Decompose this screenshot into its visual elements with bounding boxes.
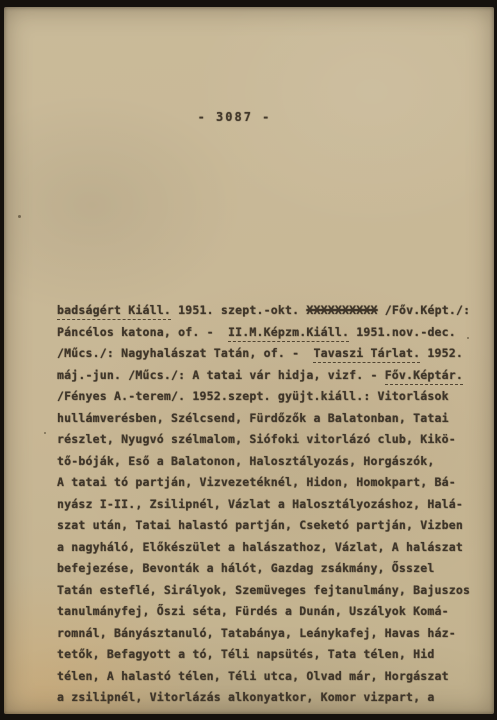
text-line: tetők, Befagyott a tó, Téli napsütés, Ta… [57,644,472,666]
text-segment: tetők, Befagyott a tó, Téli napsütés, Ta… [57,647,435,661]
text-line: tő-bóják, Eső a Balatonon, Halosztályozá… [57,451,472,473]
text-line: a nagyháló, Előkészület a halászathoz, V… [57,537,472,559]
text-line: /Műcs./: Nagyhalászat Tatán, of. - Tavas… [57,343,472,365]
text-segment: Páncélos katona, of. - [57,325,228,339]
scanned-page: - 3087 - badságért Kiáll. 1951. szept.-o… [0,0,497,720]
text-segment: A tatai tó partján, Vizvezetéknél, Hidon… [57,475,456,489]
text-segment: tő-bóják, Eső a Balatonon, Halosztályozá… [57,454,435,468]
text-line: tanulmányfej, Őszi séta, Fürdés a Dunán,… [57,601,472,623]
text-segment: hullámverésben, Szélcsend, Fürdőzők a Ba… [57,411,449,425]
text-segment: télen, A halastó télen, Téli utca, Olvad… [57,669,449,683]
text-segment: /Főv.Képt./: [378,303,471,317]
text-segment: 1951.nov.-dec. [349,325,456,339]
text-line: részlet, Nyugvó szélmalom, Siófoki vitor… [57,429,472,451]
underlined-text: Főv.Képtár. [385,368,463,385]
text-segment: nyász I-II., Zsilipnél, Vázlat a Haloszt… [57,497,463,511]
page-number: - 3087 - [0,110,483,124]
text-line: romnál, Bányásztanuló, Tatabánya, Leányk… [57,623,472,645]
text-segment: részlet, Nyugvó szélmalom, Siófoki vitor… [57,432,456,446]
text-block: badságért Kiáll. 1951. szept.-okt. XXXXX… [57,300,472,709]
text-segment: romnál, Bányásztanuló, Tatabánya, Leányk… [57,626,456,640]
text-line: Páncélos katona, of. - II.M.Képzm.Kiáll.… [57,322,472,344]
text-line: a zsilipnél, Vitorlázás alkonyatkor, Kom… [57,687,472,709]
paper-speck [44,432,46,434]
text-segment: befejezése, Bevonták a hálót, Gazdag zsá… [57,561,435,575]
text-segment: máj.-jun. /Műcs./: A tatai vár hidja, vi… [57,368,385,382]
text-segment: a zsilipnél, Vitorlázás alkonyatkor, Kom… [57,690,435,704]
paper-speck [18,215,21,218]
text-line: Tatán esteflé, Sirályok, Szemüveges fejt… [57,580,472,602]
text-line: A tatai tó partján, Vizvezetéknél, Hidon… [57,472,472,494]
text-segment: tanulmányfej, Őszi séta, Fürdés a Dunán,… [57,604,449,618]
text-segment: /Műcs./: Nagyhalászat Tatán, of. - [57,346,313,360]
text-segment: 1951. szept.-okt. [171,303,306,317]
text-segment: /Fényes A.-terem/. 1952.szept. gyüjt.kiá… [57,389,449,403]
text-line: télen, A halastó télen, Téli utca, Olvad… [57,666,472,688]
underlined-text: II.M.Képzm.Kiáll. [228,325,349,342]
text-line: badságért Kiáll. 1951. szept.-okt. XXXXX… [57,300,472,322]
underlined-text: badságért Kiáll. [57,303,171,320]
text-segment: a nagyháló, Előkészület a halászathoz, V… [57,540,463,554]
underlined-text: Tavaszi Tárlat. [313,346,420,363]
text-segment: Tatán esteflé, Sirályok, Szemüveges fejt… [57,583,470,597]
text-line: hullámverésben, Szélcsend, Fürdőzők a Ba… [57,408,472,430]
text-segment: 1952. [420,346,463,360]
text-segment: szat után, Tatai halastó partján, Cseket… [57,518,463,532]
struck-out-text: XXXXXXXXXX [306,303,377,317]
text-line: /Fényes A.-terem/. 1952.szept. gyüjt.kiá… [57,386,472,408]
text-line: szat után, Tatai halastó partján, Cseket… [57,515,472,537]
text-line: befejezése, Bevonták a hálót, Gazdag zsá… [57,558,472,580]
text-line: nyász I-II., Zsilipnél, Vázlat a Haloszt… [57,494,472,516]
text-line: máj.-jun. /Műcs./: A tatai vár hidja, vi… [57,365,472,387]
